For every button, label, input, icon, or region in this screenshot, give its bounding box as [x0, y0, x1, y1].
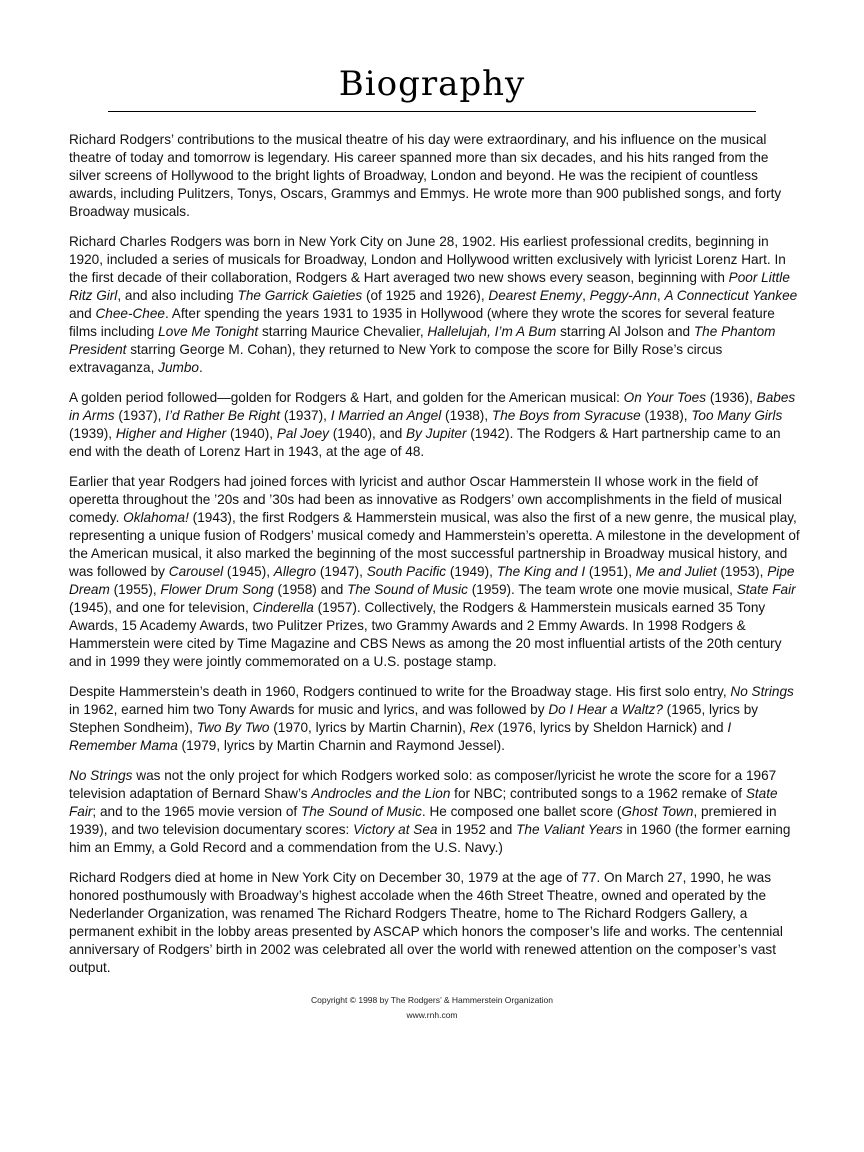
- copyright-notice: Copyright © 1998 by The Rodgers’ & Hamme…: [0, 993, 864, 1008]
- work-title: Jumbo: [158, 360, 199, 375]
- work-title: Flower Drum Song: [160, 582, 273, 597]
- work-title: The Sound of Music: [301, 804, 422, 819]
- work-title: I Remember Mama: [69, 720, 731, 753]
- paragraph: Despite Hammerstein’s death in 1960, Rod…: [69, 683, 801, 755]
- work-title: Chee-Chee: [95, 306, 165, 321]
- work-title: Androcles and the Lion: [311, 786, 450, 801]
- biography-body: Richard Rodgers’ contributions to the mu…: [69, 131, 801, 989]
- work-title: Victory at Sea: [353, 822, 437, 837]
- work-title: Two By Two: [197, 720, 270, 735]
- work-title: Allegro: [274, 564, 316, 579]
- paragraph: Earlier that year Rodgers had joined for…: [69, 473, 801, 671]
- work-title: The Garrick Gaieties: [238, 288, 363, 303]
- work-title: Hallelujah, I’m A Bum: [427, 324, 556, 339]
- work-title: Me and Juliet: [636, 564, 717, 579]
- work-title: Carousel: [169, 564, 223, 579]
- work-title: South Pacific: [367, 564, 446, 579]
- work-title: Rex: [470, 720, 494, 735]
- work-title: A Connecticut Yankee: [664, 288, 797, 303]
- work-title: State Fair: [737, 582, 796, 597]
- document-page: Biography Richard Rodgers’ contributions…: [0, 0, 864, 1152]
- work-title: On Your Toes: [624, 390, 706, 405]
- work-title: Love Me Tonight: [158, 324, 258, 339]
- work-title: Too Many Girls: [691, 408, 782, 423]
- paragraph: Richard Rodgers died at home in New York…: [69, 869, 801, 977]
- work-title: Pal Joey: [277, 426, 329, 441]
- work-title: Ghost Town: [621, 804, 693, 819]
- website-link[interactable]: www.rnh.com: [0, 1008, 864, 1023]
- work-title: No Strings: [69, 768, 132, 783]
- work-title: By Jupiter: [406, 426, 466, 441]
- work-title: Oklahoma!: [123, 510, 189, 525]
- work-title: Peggy-Ann: [590, 288, 657, 303]
- work-title: The Valiant Years: [516, 822, 623, 837]
- paragraph: No Strings was not the only project for …: [69, 767, 801, 857]
- work-title: The King and I: [497, 564, 585, 579]
- paragraph: Richard Rodgers’ contributions to the mu…: [69, 131, 801, 221]
- work-title: The Sound of Music: [347, 582, 468, 597]
- page-footer: Copyright © 1998 by The Rodgers’ & Hamme…: [0, 993, 864, 1023]
- work-title: Cinderella: [253, 600, 314, 615]
- title-divider: [108, 111, 756, 112]
- page-title: Biography: [0, 62, 864, 106]
- work-title: The Boys from Syracuse: [492, 408, 641, 423]
- work-title: Dearest Enemy: [488, 288, 582, 303]
- paragraph: Richard Charles Rodgers was born in New …: [69, 233, 801, 377]
- work-title: I’d Rather Be Right: [165, 408, 280, 423]
- work-title: I Married an Angel: [331, 408, 442, 423]
- paragraph: A golden period followed—golden for Rodg…: [69, 389, 801, 461]
- work-title: Do I Hear a Waltz?: [548, 702, 663, 717]
- work-title: Higher and Higher: [116, 426, 226, 441]
- work-title: No Strings: [730, 684, 793, 699]
